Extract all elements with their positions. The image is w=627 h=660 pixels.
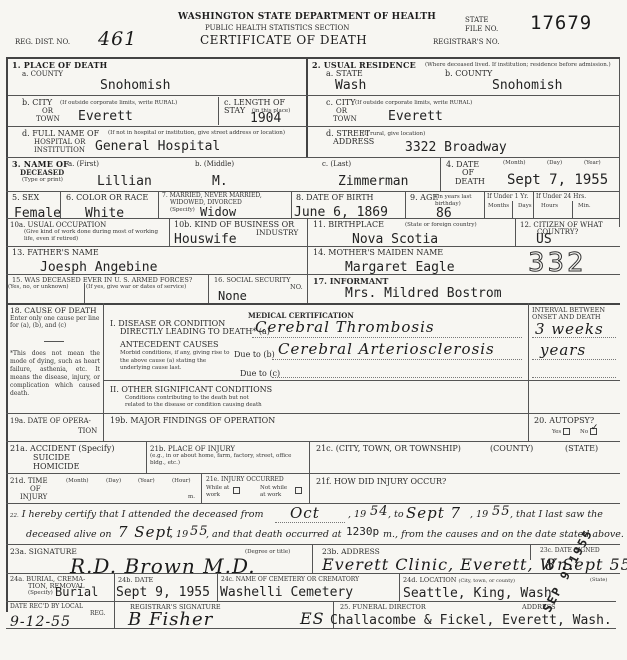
last-name-label: c. (Last)	[322, 160, 351, 168]
divider	[6, 191, 620, 192]
divider	[8, 126, 306, 127]
antecedent-label: ANTECEDENT CAUSES	[120, 341, 219, 349]
divider	[217, 573, 218, 601]
place-of-injury-label: 21b. PLACE OF INJURY	[150, 445, 235, 453]
certification-text-3: deceased alive on	[26, 529, 112, 540]
armed-forces-note-1: (Yes, no, or unknown)	[8, 284, 69, 291]
middle-name-value: M.	[212, 174, 228, 189]
divider	[312, 544, 313, 573]
operation-date-label-2: TION	[78, 427, 97, 435]
occupation-label: 10a. USUAL OCCUPATION	[10, 221, 106, 229]
divider	[169, 218, 170, 246]
type-or-print-label: (Type or print)	[22, 177, 63, 184]
year-prefix-2: , 19	[470, 509, 488, 520]
time-of-death-value: 1230p	[346, 525, 379, 538]
divider	[272, 377, 522, 378]
occupation-value: Houswife	[174, 232, 237, 247]
autopsy-no-label: No	[580, 429, 588, 435]
state-label: STATE	[465, 16, 489, 24]
mother-name-label: 14. MOTHER'S MAIDEN NAME	[313, 249, 443, 257]
burial-date-label: 24b. DATE	[118, 577, 153, 584]
injury-county-label: (COUNTY)	[490, 445, 533, 453]
usual-residence-note: (Where deceased lived. If institution; r…	[425, 62, 615, 69]
first-name-value: Lillian	[97, 174, 152, 189]
place-of-death-label: 1. PLACE OF DEATH	[12, 61, 107, 70]
divider	[307, 218, 308, 246]
divider	[440, 157, 441, 191]
physician-address-value: Everett Clinic, Everett, Wn.	[322, 555, 574, 574]
divider	[272, 359, 522, 360]
middle-name-label: b. (Middle)	[195, 160, 234, 168]
time-of-injury-label-3: INJURY	[20, 493, 47, 501]
dob-label: 8. DATE OF BIRTH	[296, 194, 374, 202]
divider	[399, 573, 400, 601]
divider	[201, 473, 202, 503]
right-border	[619, 57, 620, 227]
injury-hour-label: (Hour)	[172, 478, 191, 485]
birthplace-label: 11. BIRTHPLACE	[313, 221, 384, 229]
divider	[218, 97, 219, 125]
divider	[44, 341, 64, 342]
divider	[528, 303, 529, 413]
residence-city-value: Everett	[388, 109, 443, 124]
interval-b-value: years	[540, 341, 586, 359]
time-of-injury-label-2: OF	[30, 485, 41, 493]
divider	[532, 377, 616, 378]
autopsy-no-option[interactable]: No ✓	[580, 428, 597, 436]
while-at-work-label: While at work	[206, 485, 229, 498]
part1-label-2: DIRECTLY LEADING TO DEATH* (a)	[120, 328, 270, 336]
hospital-note: (If not in hospital or institution, give…	[108, 130, 303, 137]
reg-dist-number: 461	[98, 28, 137, 50]
divider	[6, 246, 620, 247]
ssn-label: 16. SOCIAL SECURITY	[214, 277, 291, 284]
left-border	[6, 57, 8, 612]
divider	[530, 544, 531, 560]
autopsy-yes-option[interactable]: Yes	[552, 428, 570, 436]
divider	[275, 522, 345, 523]
armed-forces-label: 15. WAS DECEASED EVER IN U. S. ARMED FOR…	[12, 277, 192, 284]
place-of-injury-note: (e.g., in or about home, farm, factory, …	[150, 453, 308, 466]
interval-a-value: 3 weeks	[535, 320, 604, 338]
checkmark-icon: ✓	[591, 425, 599, 432]
burial-state-label: (State)	[590, 577, 607, 584]
divider	[8, 95, 306, 96]
cause-footnote: *This does not mean the mode of dying, s…	[10, 350, 100, 398]
divider	[309, 473, 310, 503]
cause-note: Enter only one cause per line for (a), (…	[10, 315, 100, 329]
time-of-injury-label: 21d. TIME	[10, 477, 48, 485]
residence-county-value: Snohomish	[492, 78, 562, 93]
injury-day-label: (Day)	[106, 478, 121, 485]
day-label: (Day)	[547, 160, 562, 167]
homicide-label: HOMICIDE	[33, 463, 79, 471]
divider	[533, 191, 534, 218]
divider	[528, 413, 529, 441]
divider	[146, 441, 147, 473]
section-name: PUBLIC HEALTH STATISTICS SECTION	[205, 24, 349, 32]
cause-a-value: Cerebral Thrombosis	[255, 318, 435, 336]
city-note: (If outside corporate limits, write RURA…	[60, 100, 177, 107]
days-label: Days	[518, 203, 532, 210]
stay-label: STAY	[224, 107, 245, 115]
injury-year-label: (Year)	[138, 478, 155, 485]
autopsy-label: 20. AUTOPSY?	[534, 417, 594, 425]
sex-label: 5. SEX	[12, 194, 39, 202]
citizen-value: US	[536, 232, 552, 247]
institution-label: INSTITUTION	[34, 146, 85, 154]
top-border	[6, 57, 620, 59]
file-no-label: FILE NO.	[465, 25, 498, 33]
father-name-label: 13. FATHER'S NAME	[12, 249, 99, 257]
year-label: (Year)	[584, 160, 601, 167]
date-of-death-value: Sept 7, 1955	[507, 172, 608, 188]
specify-label: (Specify)	[170, 207, 195, 214]
injury-state-label: (STATE)	[565, 445, 598, 453]
divider	[484, 191, 485, 218]
months-label: Months	[488, 203, 509, 210]
certification-text-2: , that I last saw the	[510, 509, 603, 520]
antecedent-note: Morbid conditions, if any, giving rise t…	[120, 350, 232, 373]
death-label: DEATH	[455, 178, 485, 186]
while-at-work-option[interactable]: While at work	[206, 485, 234, 498]
address-label: ADDRESS	[333, 138, 374, 146]
divider	[512, 201, 513, 218]
divider	[103, 413, 104, 441]
divider	[6, 544, 620, 545]
autopsy-yes-checkbox[interactable]	[563, 428, 570, 435]
divider	[309, 441, 310, 473]
residence-state-label: a. STATE	[326, 70, 363, 78]
city-label: b. CITY	[22, 99, 52, 107]
hospital-label-2: HOSPITAL OR	[34, 138, 85, 146]
while-at-work-checkbox[interactable]	[233, 487, 240, 494]
divider	[6, 573, 620, 574]
injury-m-label: m.	[188, 494, 195, 501]
divider	[6, 218, 620, 219]
injury-occurred-label: 21e. INJURY OCCURRED	[206, 477, 284, 484]
not-while-at-work-checkbox[interactable]	[295, 487, 302, 494]
month-label: (Month)	[503, 160, 526, 167]
funeral-director-label: 25. FUNERAL DIRECTOR	[340, 604, 426, 611]
divider	[306, 126, 620, 127]
not-while-at-work-label: Not while at work	[260, 485, 287, 498]
attended-to-year: 55	[492, 504, 511, 519]
autopsy-no-checkbox[interactable]: ✓	[590, 428, 597, 435]
registrar-initials: ES	[300, 609, 325, 628]
divider	[114, 601, 115, 628]
not-while-at-work-option[interactable]: Not while at work	[260, 485, 290, 498]
residence-state-value: Wash	[335, 78, 366, 93]
ssn-no-label: NO.	[290, 284, 303, 291]
divider	[572, 201, 573, 218]
divider	[103, 303, 104, 413]
suicide-label: SUICIDE	[33, 454, 70, 462]
state-file-number: 17679	[530, 12, 592, 34]
of-label: OF	[462, 169, 474, 177]
birthplace-note: (State or foreign country)	[405, 222, 477, 229]
first-name-label: a. (First)	[68, 160, 99, 168]
divider	[84, 283, 85, 303]
divider	[291, 191, 292, 218]
last-seen-value: 7 Sept	[118, 523, 173, 541]
marital-status-value: Widow	[200, 205, 236, 219]
age-label: 9. AGE	[410, 194, 438, 202]
attended-from-year: 54	[370, 504, 389, 519]
due-to-b-label: Due to (b)	[234, 351, 275, 359]
autopsy-yes-label: Yes	[552, 429, 561, 435]
divider	[307, 246, 308, 274]
industry-label: INDUSTRY	[256, 229, 298, 237]
town-label: TOWN	[36, 115, 60, 123]
divider	[158, 191, 159, 218]
certification-line-1: 22. I hereby certify that I attended the…	[10, 509, 264, 520]
reg-label: REG.	[90, 611, 105, 618]
divider	[60, 191, 61, 218]
burial-location-label: 24d. LOCATION (City, town, or county)	[403, 577, 515, 585]
hospital-value: General Hospital	[95, 139, 220, 154]
length-of-stay-value: 1904	[250, 111, 281, 126]
section1-2-divider	[306, 57, 308, 157]
race-label: 6. COLOR OR RACE	[66, 194, 148, 202]
burial-location-note: (City, town, or county)	[459, 578, 515, 584]
divider	[6, 441, 620, 442]
residence-city-label: c. CITY	[326, 99, 355, 107]
divider	[208, 274, 209, 303]
part2-note: Conditions contributing to the death but…	[125, 395, 265, 408]
under-1yr-label: If Under 1 Yr.	[487, 194, 528, 201]
divider	[532, 359, 616, 360]
department-name: WASHINGTON STATE DEPARTMENT OF HEALTH	[178, 13, 436, 22]
divider	[252, 337, 522, 338]
burial-type-value: Burial	[55, 585, 98, 599]
burial-date-value: Sept 9, 1955	[116, 585, 210, 600]
divider	[306, 95, 620, 96]
divider	[6, 473, 620, 474]
under-24hrs-label: If Under 24 Hrs.	[536, 194, 586, 201]
certification-number: 22.	[10, 513, 19, 519]
divider	[114, 573, 115, 601]
to-text: , to	[388, 509, 404, 520]
last-name-value: Zimmerman	[338, 174, 408, 189]
death-county-value: Snohomish	[100, 78, 170, 93]
physician-signature: R.D. Brown M.D.	[70, 554, 256, 578]
cause-b-value: Cerebral Arteriosclerosis	[278, 340, 495, 358]
divider	[6, 274, 620, 275]
residence-county-label: b. COUNTY	[445, 70, 492, 78]
min-label: Min.	[578, 203, 591, 210]
registrar-no-label: REGISTRAR'S NO.	[433, 38, 499, 46]
death-city-value: Everett	[78, 109, 133, 124]
burial-specify-label: (Specify)	[28, 590, 53, 597]
divider	[6, 628, 616, 629]
year-prefix-1: , 19	[348, 509, 366, 520]
certification-text-1: I hereby certify that I attended the dec…	[22, 509, 264, 520]
armed-forces-note-2: (If yes, give war or dates of service)	[86, 284, 186, 291]
or-label: OR	[42, 107, 53, 115]
part2-label: II. OTHER SIGNIFICANT CONDITIONS	[110, 386, 272, 394]
informant-label: 17. INFORMANT	[313, 277, 388, 285]
burial-location-label-text: 24d. LOCATION	[403, 576, 456, 584]
occupation-note: (Give kind of work done during most of w…	[24, 229, 164, 242]
injury-month-label: (Month)	[66, 478, 89, 485]
deceased-label: DECEASED	[20, 169, 64, 177]
hours-label: Hours	[541, 203, 558, 210]
divider	[6, 157, 620, 158]
father-name-value: Joesph Angebine	[40, 260, 157, 275]
certification-text-4: , and that death occurred at	[206, 529, 341, 540]
divider	[532, 337, 616, 338]
mother-name-value: Margaret Eagle	[345, 260, 455, 275]
attended-to-value: Sept 7	[406, 504, 461, 522]
ssn-value: None	[218, 289, 247, 303]
funeral-director-value: Challacombe & Fickel, Everett, Wash.	[330, 613, 612, 628]
divider	[405, 191, 406, 218]
injury-city-label: 21c. (CITY, TOWN, OR TOWNSHIP)	[316, 445, 461, 453]
date-received-label: DATE REC'D BY LOCAL	[10, 604, 83, 611]
divider	[6, 601, 616, 602]
divider	[103, 380, 620, 381]
cemetery-label: 24c. NAME OF CEMETERY OR CREMATORY	[221, 577, 359, 584]
county-label: a. COUNTY	[22, 70, 63, 78]
signature-label: 23a. SIGNATURE	[10, 548, 77, 556]
how-injury-occurred-label: 21f. HOW DID INJURY OCCUR?	[316, 478, 446, 486]
operation-findings-label: 19b. MAJOR FINDINGS OF OPERATION	[110, 417, 275, 425]
residence-city-note: (If outside corporate limits, write RURA…	[355, 100, 472, 107]
informant-value: Mrs. Mildred Bostrom	[345, 286, 502, 301]
street-value: 3322 Broadway	[405, 140, 507, 155]
reg-dist-label: REG. DIST. NO.	[15, 38, 70, 46]
operation-date-label: 19a. DATE OF OPERA-	[10, 417, 91, 425]
document-title: CERTIFICATE OF DEATH	[200, 33, 367, 47]
accident-label: 21a. ACCIDENT (Specify)	[10, 445, 114, 453]
date-signed-value: 8 Sept 55	[545, 555, 627, 574]
divider	[515, 218, 516, 246]
residence-town-label: TOWN	[333, 115, 357, 123]
cemetery-value: Washelli Cemetery	[220, 585, 353, 600]
birthplace-value: Nova Scotia	[352, 232, 438, 247]
divider	[307, 274, 308, 303]
burial-location-value: Seattle, King, Wash	[403, 586, 552, 601]
cause-of-death-label: 18. CAUSE OF DEATH	[10, 307, 97, 315]
attended-from-value: Oct	[290, 504, 320, 522]
hospital-label: d. FULL NAME OF	[22, 130, 99, 138]
registrar-signature: B Fisher	[128, 609, 213, 630]
residence-or-label: OR	[336, 107, 347, 115]
year-prefix-3: , 19	[170, 529, 188, 540]
